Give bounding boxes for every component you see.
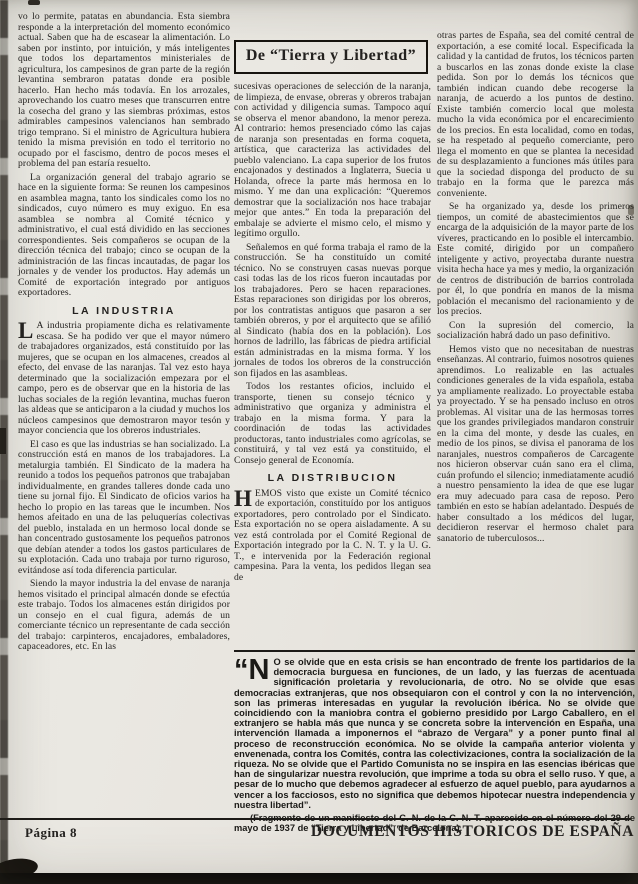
paragraph-text: El caso es que las industrias se han soc…	[18, 439, 230, 576]
paragraph-text: vo lo permite, patatas en abundancia. Es…	[18, 11, 230, 169]
column-middle-text: sucesivas operaciones de selección de la…	[234, 82, 431, 583]
paragraph: HEMOS visto que existe un Comité técnico…	[234, 489, 431, 584]
paragraph: Siendo la mayor industria la del envase …	[18, 579, 230, 653]
column-right: otras partes de España, sea del comité c…	[437, 31, 634, 547]
dropcap-letter: H	[234, 489, 255, 508]
paragraph: Se ha organizado ya, desde los primeros …	[437, 202, 634, 318]
footer-divider	[0, 818, 631, 820]
paragraph: Señalemos en qué forma trabaja el ramo d…	[234, 243, 431, 380]
scanned-newspaper-page: vo lo permite, patatas en abundancia. Es…	[0, 0, 638, 884]
paragraph: LA industria propiamente dicha es relati…	[18, 321, 230, 437]
paragraph-text: La organización general del trabajo agra…	[18, 172, 230, 299]
paragraph: El caso es que las industrias se han soc…	[18, 440, 230, 577]
page-number-label: Página 8	[25, 825, 77, 841]
paragraph: La organización general del trabajo agra…	[18, 173, 230, 299]
paragraph-text: sucesivas operaciones de selección de la…	[234, 81, 431, 239]
paragraph-text: Todos los restantes oficios, incluido el…	[234, 381, 431, 466]
quote-dropcap: “N	[234, 657, 273, 682]
quote-text: O se olvide que en esta crisis se han en…	[234, 657, 635, 810]
quote-paragraph: “NO se olvide que en esta crisis se han …	[234, 657, 635, 810]
paragraph: otras partes de España, sea del comité c…	[437, 31, 634, 199]
article-title: De “Tierra y Libertad”	[246, 47, 416, 64]
paragraph: LA INDUSTRIA	[18, 306, 230, 317]
paragraph-text: LA DISTRIBUCION	[268, 472, 398, 484]
scan-bottom-edge	[0, 873, 638, 884]
paragraph: Hemos visto que no necesitaban de nuestr…	[437, 345, 634, 545]
paragraph-text: Señalemos en qué forma trabaja el ramo d…	[234, 242, 431, 379]
divider-above-quote	[234, 650, 635, 652]
paragraph-text: Hemos visto que no necesitaban de nuestr…	[437, 344, 634, 544]
paragraph-text: Con la supresión del comercio, la social…	[437, 320, 634, 342]
column-left: vo lo permite, patatas en abundancia. Es…	[18, 12, 230, 656]
paragraph: Todos los restantes oficios, incluido el…	[234, 382, 431, 466]
paragraph: vo lo permite, patatas en abundancia. Es…	[18, 12, 230, 170]
paragraph-text: LA INDUSTRIA	[72, 305, 176, 317]
paragraph-text: EMOS visto que existe un Comité técnico …	[234, 488, 431, 583]
paragraph: LA DISTRIBUCION	[234, 473, 431, 484]
publication-title: DOCUMENTOS HISTORICOS DE ESPAÑA	[311, 823, 634, 841]
paragraph: Con la supresión del comercio, la social…	[437, 321, 634, 342]
paragraph-text: Se ha organizado ya, desde los primeros …	[437, 201, 634, 317]
manifesto-quote-block: “NO se olvide que en esta crisis se han …	[234, 657, 635, 843]
paragraph-text: A industria propiamente dicha es relativ…	[18, 320, 230, 436]
article-title-box: De “Tierra y Libertad”	[234, 40, 428, 74]
paragraph-text: otras partes de España, sea del comité c…	[437, 30, 634, 199]
column-middle: De “Tierra y Libertad” sucesivas operaci…	[234, 40, 431, 586]
dropcap-letter: L	[18, 321, 36, 340]
scan-speck	[0, 428, 6, 454]
paragraph-text: Siendo la mayor industria la del envase …	[18, 578, 230, 652]
scan-speck	[28, 0, 40, 5]
paragraph: sucesivas operaciones de selección de la…	[234, 82, 431, 240]
